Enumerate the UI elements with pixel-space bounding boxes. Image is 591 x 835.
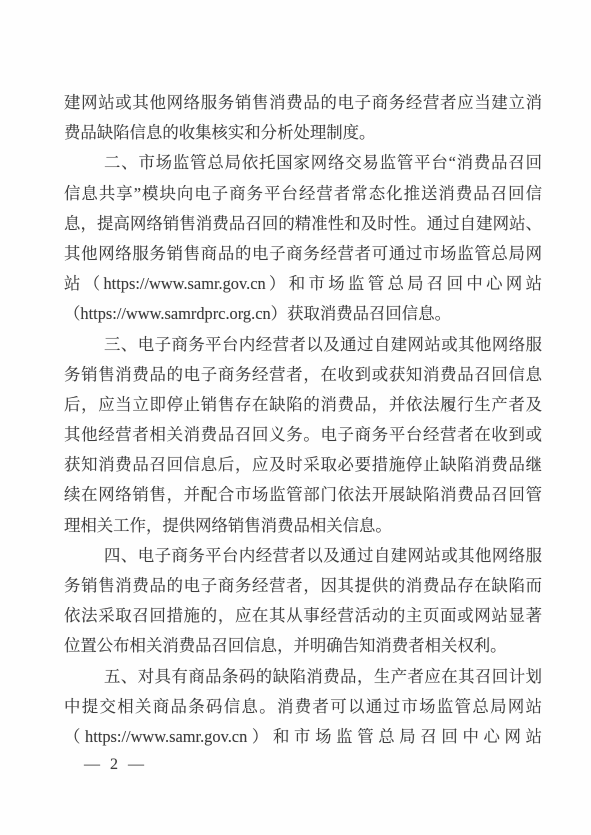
text-line: 其他网络服务销售商品的电子商务经营者可通过市场监管总局网 [64, 239, 542, 269]
text-line: 建网站或其他网络服务销售消费品的电子商务经营者应当建立消 [64, 88, 542, 118]
text-line: 其他经营者相关消费品召回义务。电子商务平台经营者在收到或 [64, 420, 542, 450]
text-line: 获知消费品召回信息后，应及时采取必要措施停止缺陷消费品继 [64, 450, 542, 480]
text-line: 四、电子商务平台内经营者以及通过自建网站或其他网络服 [64, 541, 542, 571]
para-item-2: 二、市场监管总局依托国家网络交易监管平台“消费品召回信息共享”模块向电子商务平台… [64, 148, 542, 329]
text-line: 二、市场监管总局依托国家网络交易监管平台“消费品召回 [64, 148, 542, 178]
text-line: 站（https://www.samr.gov.cn）和市场监管总局召回中心网站 [64, 269, 542, 299]
text-line: 三、电子商务平台内经营者以及通过自建网站或其他网络服 [64, 330, 542, 360]
para-item-3: 三、电子商务平台内经营者以及通过自建网站或其他网络服务销售消费品的电子商务经营者… [64, 330, 542, 541]
text-line: 中提交相关商品条码信息。消费者可以通过市场监管总局网站 [64, 692, 542, 722]
text-line: 续在网络销售，并配合市场监管部门依法开展缺陷消费品召回管 [64, 480, 542, 510]
text-line: 息，提高网络销售消费品召回的精准性和及时性。通过自建网站、 [64, 209, 542, 239]
page-number: — 2 — [84, 750, 147, 780]
text-line: 依法采取召回措施的，应在其从事经营活动的主页面或网站显著 [64, 601, 542, 631]
text-line: 务销售消费品的电子商务经营者，在收到或获知消费品召回信息 [64, 360, 542, 390]
text-line: 位置公布相关消费品召回信息，并明确告知消费者相关权利。 [64, 631, 542, 661]
text-line: 五、对具有商品条码的缺陷消费品，生产者应在其召回计划 [64, 662, 542, 692]
para-continuation: 建网站或其他网络服务销售消费品的电子商务经营者应当建立消费品缺陷信息的收集核实和… [64, 88, 542, 148]
para-item-5: 五、对具有商品条码的缺陷消费品，生产者应在其召回计划中提交相关商品条码信息。消费… [64, 662, 542, 753]
text-line: 费品缺陷信息的收集核实和分析处理制度。 [64, 118, 542, 148]
text-line: 后，应当立即停止销售存在缺陷的消费品，并依法履行生产者及 [64, 390, 542, 420]
text-line: 信息共享”模块向电子商务平台经营者常态化推送消费品召回信 [64, 179, 542, 209]
text-line: （https://www.samrdprc.org.cn）获取消费品召回信息。 [64, 299, 542, 329]
text-line: （https://www.samr.gov.cn）和市场监管总局召回中心网站 [64, 722, 542, 752]
text-line: 务销售消费品的电子商务经营者，因其提供的消费品存在缺陷而 [64, 571, 542, 601]
document-body: 建网站或其他网络服务销售消费品的电子商务经营者应当建立消费品缺陷信息的收集核实和… [64, 88, 542, 752]
text-line: 理相关工作，提供网络销售消费品相关信息。 [64, 511, 542, 541]
para-item-4: 四、电子商务平台内经营者以及通过自建网站或其他网络服务销售消费品的电子商务经营者… [64, 541, 542, 662]
document-page: 建网站或其他网络服务销售消费品的电子商务经营者应当建立消费品缺陷信息的收集核实和… [0, 0, 591, 835]
